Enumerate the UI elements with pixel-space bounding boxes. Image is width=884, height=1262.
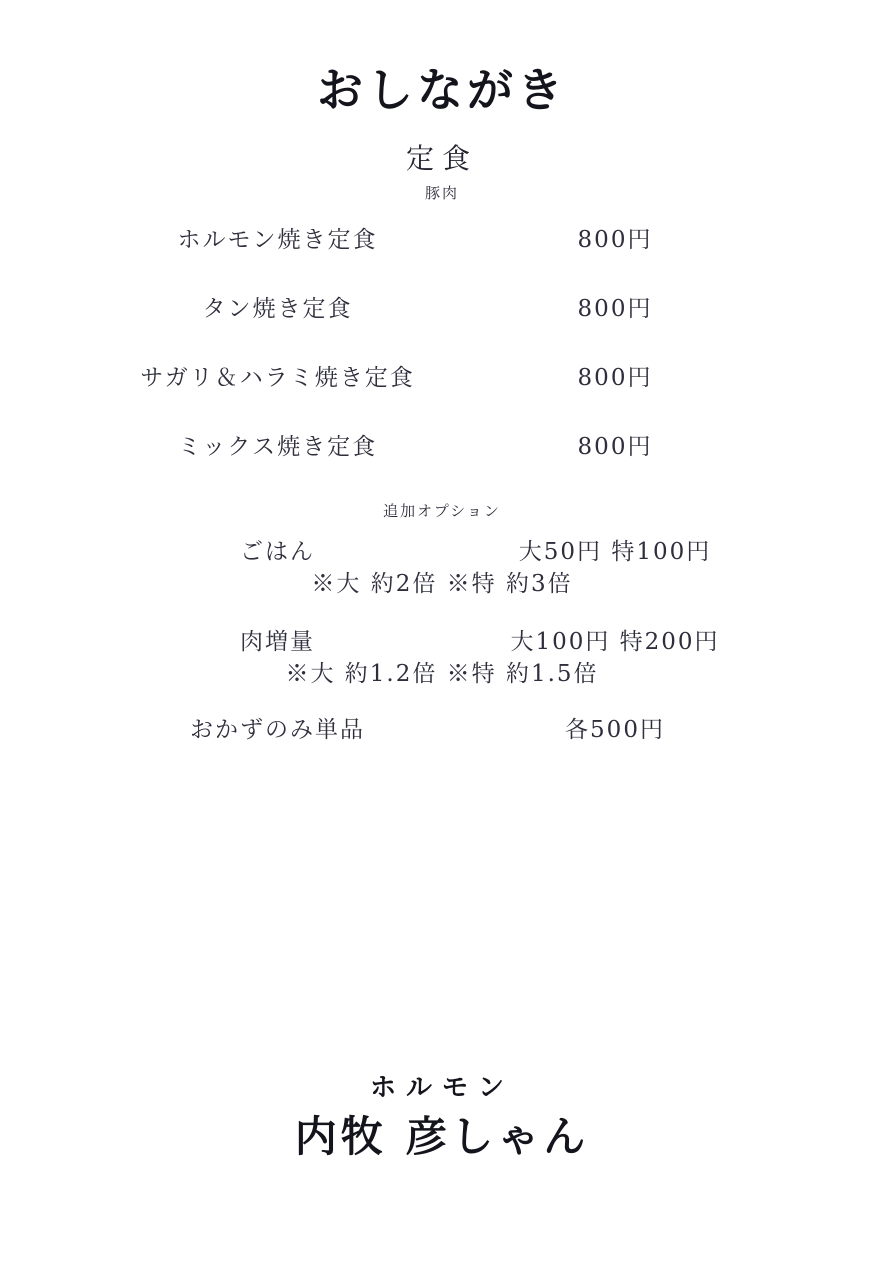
menu-item-price: 800円 bbox=[475, 295, 755, 323]
menu-item-name: サガリ＆ハラミ焼き定食 bbox=[80, 364, 475, 392]
menu-item-price: 800円 bbox=[475, 364, 755, 392]
option-item-note: ※大 約1.2倍 ※特 約1.5倍 bbox=[0, 660, 884, 688]
shop-signature: ホルモン 内牧 彦しゃん bbox=[0, 1072, 884, 1162]
menu-item-row: ホルモン焼き定食 800円 bbox=[0, 226, 884, 254]
option-item-row: ごはん 大50円 特100円 bbox=[0, 538, 884, 566]
menu-item-price: 800円 bbox=[475, 433, 755, 461]
menu-item-row: タン焼き定食 800円 bbox=[0, 295, 884, 323]
option-item-name: 肉増量 bbox=[80, 628, 475, 656]
option-item-name: ごはん bbox=[80, 538, 475, 566]
options-list: ごはん 大50円 特100円 ※大 約2倍 ※特 約3倍 肉増量 大100円 特… bbox=[0, 538, 884, 744]
option-item-price: 大50円 特100円 bbox=[475, 538, 755, 566]
option-item-price: 各500円 bbox=[475, 716, 755, 744]
teishoku-item-list: ホルモン焼き定食 800円 タン焼き定食 800円 サガリ＆ハラミ焼き定食 80… bbox=[0, 226, 884, 461]
menu-item-name: ミックス焼き定食 bbox=[80, 433, 475, 461]
options-heading: 追加オプション bbox=[0, 502, 884, 520]
menu-item-name: ホルモン焼き定食 bbox=[80, 226, 475, 254]
page-title: おしながき bbox=[0, 60, 884, 120]
option-item-name: おかずのみ単品 bbox=[80, 716, 475, 744]
menu-page: おしながき 定食 豚肉 ホルモン焼き定食 800円 タン焼き定食 800円 サガ… bbox=[0, 0, 884, 1262]
option-item-row: おかずのみ単品 各500円 bbox=[0, 716, 884, 744]
menu-item-name: タン焼き定食 bbox=[80, 295, 475, 323]
shop-type-label: ホルモン bbox=[0, 1072, 884, 1104]
menu-item-price: 800円 bbox=[475, 226, 755, 254]
option-item-note: ※大 約2倍 ※特 約3倍 bbox=[0, 570, 884, 598]
option-item-price: 大100円 特200円 bbox=[475, 628, 755, 656]
menu-item-row: ミックス焼き定食 800円 bbox=[0, 433, 884, 461]
section-subheading-pork: 豚肉 bbox=[0, 184, 884, 202]
shop-name-label: 内牧 彦しゃん bbox=[0, 1112, 884, 1162]
section-heading-teishoku: 定食 bbox=[0, 142, 884, 176]
option-item-row: 肉増量 大100円 特200円 bbox=[0, 628, 884, 656]
menu-item-row: サガリ＆ハラミ焼き定食 800円 bbox=[0, 364, 884, 392]
